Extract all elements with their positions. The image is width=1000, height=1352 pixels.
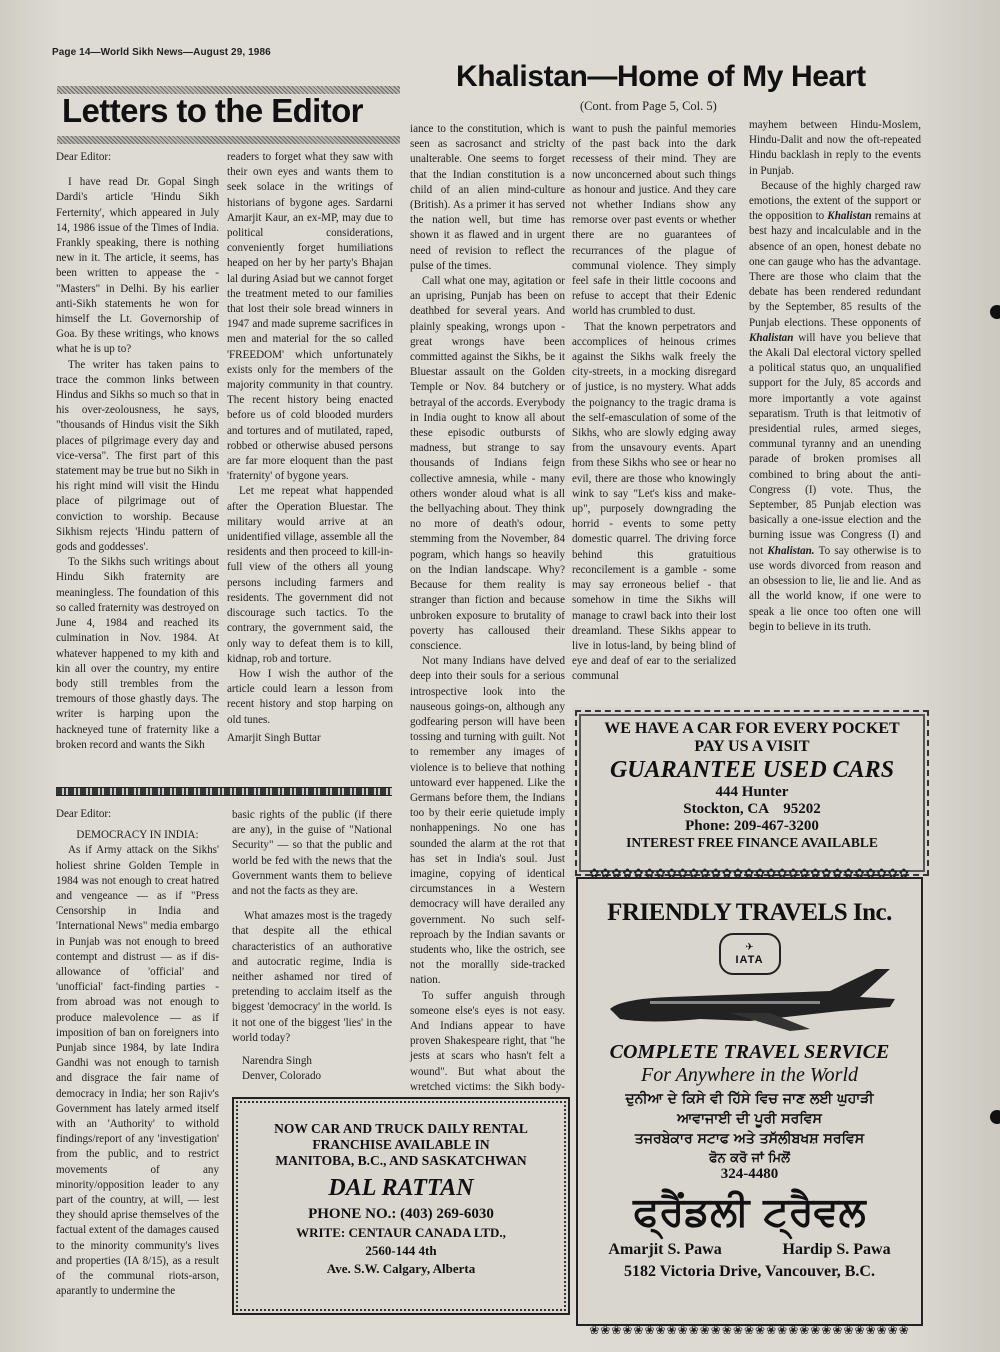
keyword-khalistan: Khalistan. [767,545,814,557]
ad-punjabi-line: ਆਵਾਜਾਈ ਦੀ ਪੂਰੀ ਸਰਵਿਸ [578,1111,921,1127]
letter2-signature-name: Narendra Singh [232,1054,392,1069]
letter1-salutation: Dear Editor: [56,150,219,165]
ad-punjabi-line: ਦੁਨੀਆ ਦੇ ਕਿਸੇ ਵੀ ਹਿੱਸੇ ਵਿਚ ਜਾਣ ਲਈ ਘੁਹਾੜੀ [578,1091,921,1107]
ad-friendly-travels: FRIENDLY TRAVELS Inc. ✈ IATA COMPLETE TR… [576,877,923,1326]
letter2-paragraph: basic rights of the public (if there are… [232,808,392,899]
letter2-heading: DEMOCRACY IN INDIA: [56,828,219,843]
letter1-paragraph: The writer has taken pains to trace the … [56,358,219,556]
header-rule-bottom [57,136,400,144]
ad-phone: PHONE NO.: (403) 269-6030 [234,1206,568,1223]
ad-business-name: GUARANTEE USED CARS [579,756,925,784]
letter1-signature: Amarjit Singh Buttar [227,731,393,746]
ad-owner: Amarjit S. Pawa [608,1241,721,1259]
khalistan-paragraph: Call what one may, agitation or an upris… [410,274,565,654]
ad-subtagline: For Anywhere in the World [578,1064,921,1087]
letter1-paragraph: I have read Dr. Gopal Singh Dardi's arti… [56,175,219,357]
binder-hole [990,1110,1000,1124]
keyword-khalistan: Khalistan [827,210,871,222]
article-continuation-note: (Cont. from Page 5, Col. 5) [580,99,717,114]
ad-owner: Hardip S. Pawa [783,1241,891,1259]
ad-tagline: COMPLETE TRAVEL SERVICE [578,1041,921,1064]
letter1-paragraph: Let me repeat what happended after the O… [227,484,393,666]
ad-owners: Amarjit S. Pawa Hardip S. Pawa [578,1241,921,1259]
ad-subheadline: PAY US A VISIT [579,738,925,756]
letter1-paragraph: readers to forget what they saw with the… [227,150,393,484]
globe-wings-icon: ✈ [745,942,753,954]
ad-business-name: FRIENDLY TRAVELS Inc. [578,899,921,927]
ad-headline: WE HAVE A CAR FOR EVERY POCKET [579,720,925,738]
ad-footer: INTEREST FREE FINANCE AVAILABLE [579,835,925,851]
ad-address: 2560-144 4th [234,1243,568,1259]
letter2-column-2: basic rights of the public (if there are… [232,808,392,1084]
letter1-paragraph: To the Sikhs such writings about Hindu S… [56,555,219,753]
letter2-paragraph: As if Army attack on the Sikhs' holiest … [56,843,219,1299]
airplane-icon [590,969,910,1039]
ad-phone: 324-4480 [578,1166,921,1183]
letter1-paragraph: How I wish the author of the article cou… [227,667,393,728]
ad-headline: MANITOBA, B.C., AND SASKATCHWAN [234,1153,568,1169]
ad-phone: Phone: 209-467-3200 [579,818,925,835]
ad-street: 444 Hunter [579,784,925,801]
khalistan-column-3: mayhem between Hindu-Moslem, Hindu-Dalit… [749,118,921,635]
khalistan-paragraph: want to push the painful memories of the… [572,122,736,320]
section-title-letters: Letters to the Editor [62,92,363,130]
ad-address: 5182 Victoria Drive, Vancouver, B.C. [578,1263,921,1281]
khalistan-paragraph: iance to the constitution, which is seen… [410,122,565,274]
binder-hole [990,305,1000,319]
ad-punjabi-business-name: ਫ੍ਰੈਂਡਲੀ ਟ੍ਰੈਵਲ [578,1183,921,1241]
ad-city: Stockton, CA 95202 [579,801,925,818]
ad-headline: FRANCHISE AVAILABLE IN [234,1137,568,1153]
letter1-column-2: readers to forget what they saw with the… [227,150,393,746]
khalistan-column-2: want to push the painful memories of the… [572,122,736,685]
article-title-khalistan: Khalistan—Home of My Heart [456,60,866,94]
ad-dal-rattan: NOW CAR AND TRUCK DAILY RENTAL FRANCHISE… [232,1097,570,1315]
letter2-signature-place: Denver, Colorado [232,1069,392,1084]
letter2-salutation: Dear Editor: [56,807,219,822]
ad-write-to: WRITE: CENTAUR CANADA LTD., [234,1225,568,1241]
page-folio: Page 14—World Sikh News—August 29, 1986 [52,47,271,58]
ad-headline: NOW CAR AND TRUCK DAILY RENTAL [234,1121,568,1137]
khalistan-paragraph: Not many Indians have delved deep into t… [410,654,565,988]
flower-border-bottom: ❀❀❀❀❀❀❀❀❀❀❀❀❀❀❀❀❀❀❀❀❀❀❀❀❀❀❀❀❀ [576,1323,923,1337]
newspaper-page: Page 14—World Sikh News—August 29, 1986 … [0,0,1000,1352]
khalistan-paragraph: That the known perpetrators and accompli… [572,320,736,685]
ad-guarantee-used-cars: WE HAVE A CAR FOR EVERY POCKET PAY US A … [572,707,932,879]
keyword-khalistan: Khalistan [749,332,793,344]
letters-divider [56,787,392,796]
letter2-column-1: Dear Editor: DEMOCRACY IN INDIA: As if A… [56,807,219,1300]
letter2-paragraph: What amazes most is the tragedy that des… [232,909,392,1046]
khalistan-column-1: iance to the constitution, which is seen… [410,122,565,1156]
ad-punjabi-line: ਤਜਰਬੇਕਾਰ ਸਟਾਫ ਅਤੇ ਤਸੱਲੀਬਖਸ਼ ਸਰਵਿਸ [578,1131,921,1147]
khalistan-paragraph: mayhem between Hindu-Moslem, Hindu-Dalit… [749,118,921,179]
ad-punjabi-line: ਫੋਨ ਕਰੋ ਜਾਂ ਮਿਲੋਂ [578,1151,921,1166]
ad-business-name: DAL RATTAN [234,1175,568,1202]
khalistan-paragraph: Because of the highly charged raw emotio… [749,179,921,635]
letter1-column-1: Dear Editor: I have read Dr. Gopal Singh… [56,150,219,753]
ad-address: Ave. S.W. Calgary, Alberta [234,1261,568,1277]
